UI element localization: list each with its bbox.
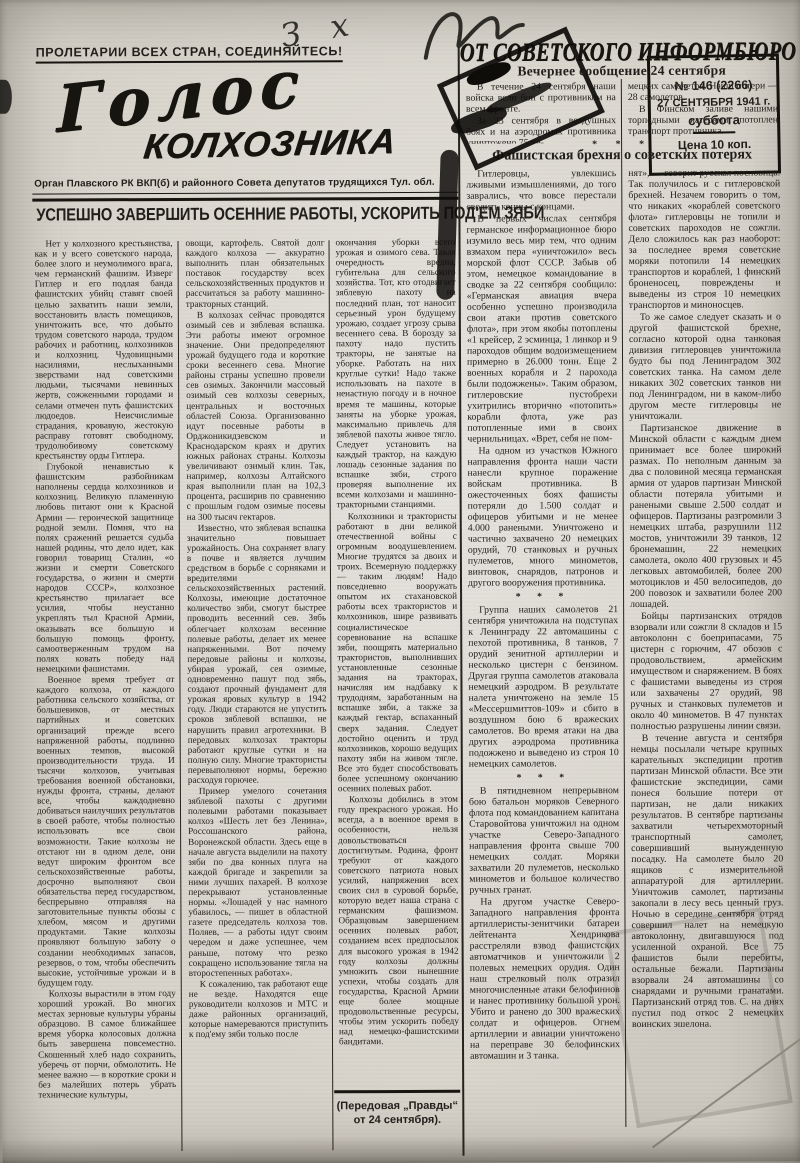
paragraph: Бойцы партизанских отрядов взорвали или … (630, 610, 783, 732)
paragraph: Колхозники и трактористы работают в дни … (337, 510, 458, 793)
paragraph: На одном из участков Южного направления … (467, 445, 618, 589)
report-column-right: мецких самолетов. Наши потери — 28 самол… (628, 80, 778, 143)
masthead-rule (32, 192, 458, 202)
lead-credit-line: (Передовая „Правды“ от 24 сентября). (334, 1090, 460, 1128)
paragraph: Известно, что зяблевая вспашка значитель… (187, 522, 327, 785)
lead-column-2: овощи, картофель. Святой долг каждого ко… (185, 237, 328, 1153)
paragraph: То же самое следует сказать и о другой ф… (629, 311, 781, 422)
page-edge-shadow (2, 1135, 800, 1163)
paragraph: Пример умелого сочетания зяблевой пахоты… (188, 785, 328, 977)
ink-blotch (0, 80, 12, 114)
paragraph: Нет у колхозного крестьянства, как и у в… (35, 238, 174, 461)
paragraph: Военное время требует от каждого колхоза… (36, 674, 175, 988)
paragraph: мецких самолетов. Наши потери — 28 самол… (628, 80, 778, 103)
stars-separator: * * * (469, 772, 619, 784)
paragraph: На другом участке Северо-Западного напра… (469, 896, 620, 1062)
organ-line: Орган Плавского РК ВКП(б) и районного Со… (34, 177, 458, 190)
faint-stamp-mark (605, 907, 793, 1128)
paragraph: овощи, картофель. Святой долг каждого ко… (185, 237, 324, 308)
lead-column-1: Нет у колхозного крестьянства, как и у в… (35, 238, 177, 1154)
stars-separator: * * * (468, 591, 618, 603)
paragraph: Колхозы вырастили в этом году хороший ур… (38, 988, 176, 1100)
news-column-left: Гитлеровцы, увлекшись лживыми измышления… (466, 168, 620, 1131)
column-divider (329, 240, 334, 1150)
paragraph: Колхозы добились в этом году прекрасного… (338, 794, 459, 1047)
paragraph: В первых числах сентября германское инфо… (466, 213, 617, 445)
lead-column-3: окончания уборки всего урожая и озимого … (335, 237, 459, 1083)
column-divider (178, 241, 183, 1151)
paragraph: Партизанское движение в Минской области … (629, 422, 782, 610)
paragraph: Гитлеровцы, увлекшись лживыми измышления… (466, 168, 616, 213)
newspaper-page: ПРОЛЕТАРИИ ВСЕХ СТРАН, СОЕДИНЯЙТЕСЬ! Гол… (0, 0, 800, 1163)
paragraph: В колхозах сейчас проводятся озимый сев … (186, 309, 326, 522)
paragraph: Группа наших самолетов 21 сентября уничт… (468, 604, 619, 770)
paragraph: К сожалению, так работают еще не везде. … (189, 978, 328, 1039)
newspaper-sheet: ПРОЛЕТАРИИ ВСЕХ СТРАН, СОЕДИНЯЙТЕСЬ! Гол… (0, 0, 800, 1163)
handwritten-mark: З х (278, 4, 362, 55)
masthead-title-caps: КОЛХОЗНИКА (141, 122, 398, 168)
paragraph: Глубокой ненавистью к фашистским разбойн… (35, 461, 174, 674)
paragraph: В пятидневном непрерывном бою батальон м… (469, 785, 619, 896)
paragraph: В Финском заливе нашими торпедными катер… (628, 103, 778, 137)
lead-headline: УСПЕШНО ЗАВЕРШИТЬ ОСЕННИЕ РАБОТЫ, УСКОРИ… (36, 203, 456, 226)
paragraph: нят», — говорит русская пословица. Так п… (628, 167, 781, 311)
